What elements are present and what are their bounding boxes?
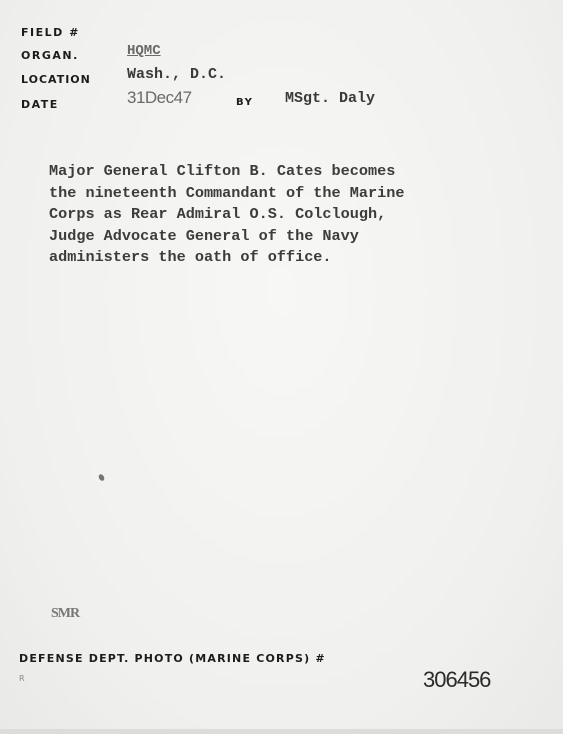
date-value: 31Dec47 <box>127 88 192 108</box>
credit-line: DEFENSE DEPT. PHOTO (MARINE CORPS) # <box>19 652 326 665</box>
photo-number: 306456 <box>423 667 490 693</box>
caption-line: administers the oath of office. <box>49 247 404 269</box>
by-value: MSgt. Daly <box>285 90 375 107</box>
caption-line: Judge Advocate General of the Navy <box>49 226 404 248</box>
small-mark: R <box>19 674 25 683</box>
organ-label: ORGAN. <box>21 49 79 62</box>
location-label: LOCATION <box>21 73 91 86</box>
location-value: Wash., D.C. <box>127 66 226 83</box>
by-label: BY <box>236 97 253 108</box>
initials-stamp: SMR <box>51 606 79 622</box>
caption-line: the nineteenth Commandant of the Marine <box>49 183 404 205</box>
organ-value: HQMC <box>127 43 161 59</box>
field-label: FIELD # <box>21 26 80 39</box>
date-label: DATE <box>21 98 59 111</box>
caption-line: Corps as Rear Admiral O.S. Colclough, <box>49 204 404 226</box>
caption-line: Major General Clifton B. Cates becomes <box>49 161 404 183</box>
caption-text: Major General Clifton B. Cates becomes t… <box>49 161 404 269</box>
paper-bottom-edge <box>0 729 563 734</box>
document-paper <box>0 0 563 730</box>
